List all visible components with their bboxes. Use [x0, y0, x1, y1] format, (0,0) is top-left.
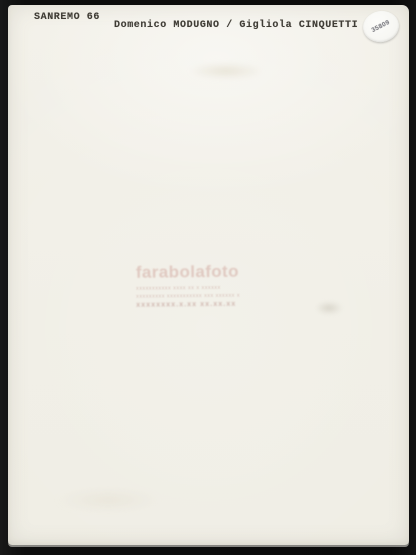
agency-stamp: farabolafoto xxxxxxxxxxx xxxx xx x xxxxx… [136, 261, 296, 309]
typed-caption-subjects: Domenico MODUGNO / Gigliola CINQUETTI [114, 20, 358, 31]
paper-smudge-right [311, 299, 347, 317]
typed-caption-event: SANREMO 66 [34, 12, 100, 23]
agency-stamp-line-1: xxxxxxxxxxx xxxx xx x xxxxxx [136, 284, 296, 292]
archive-number: 35809 [371, 19, 392, 34]
agency-stamp-line-2: xxxxxxxxx xxxxxxxxxxx xxx xxxxxx x [136, 292, 296, 300]
agency-stamp-wordmark: farabolafoto [136, 261, 296, 283]
agency-stamp-line-3: xxxxxxxx.x.xx xx.xx.xx [136, 300, 296, 309]
paper-smudge-top [176, 60, 276, 82]
paper-smudge-bottom [38, 485, 178, 515]
photo-back-paper: SANREMO 66 Domenico MODUGNO / Gigliola C… [8, 5, 409, 545]
archive-number-sticker: 35809 [361, 8, 402, 45]
scan-background: SANREMO 66 Domenico MODUGNO / Gigliola C… [0, 0, 416, 555]
